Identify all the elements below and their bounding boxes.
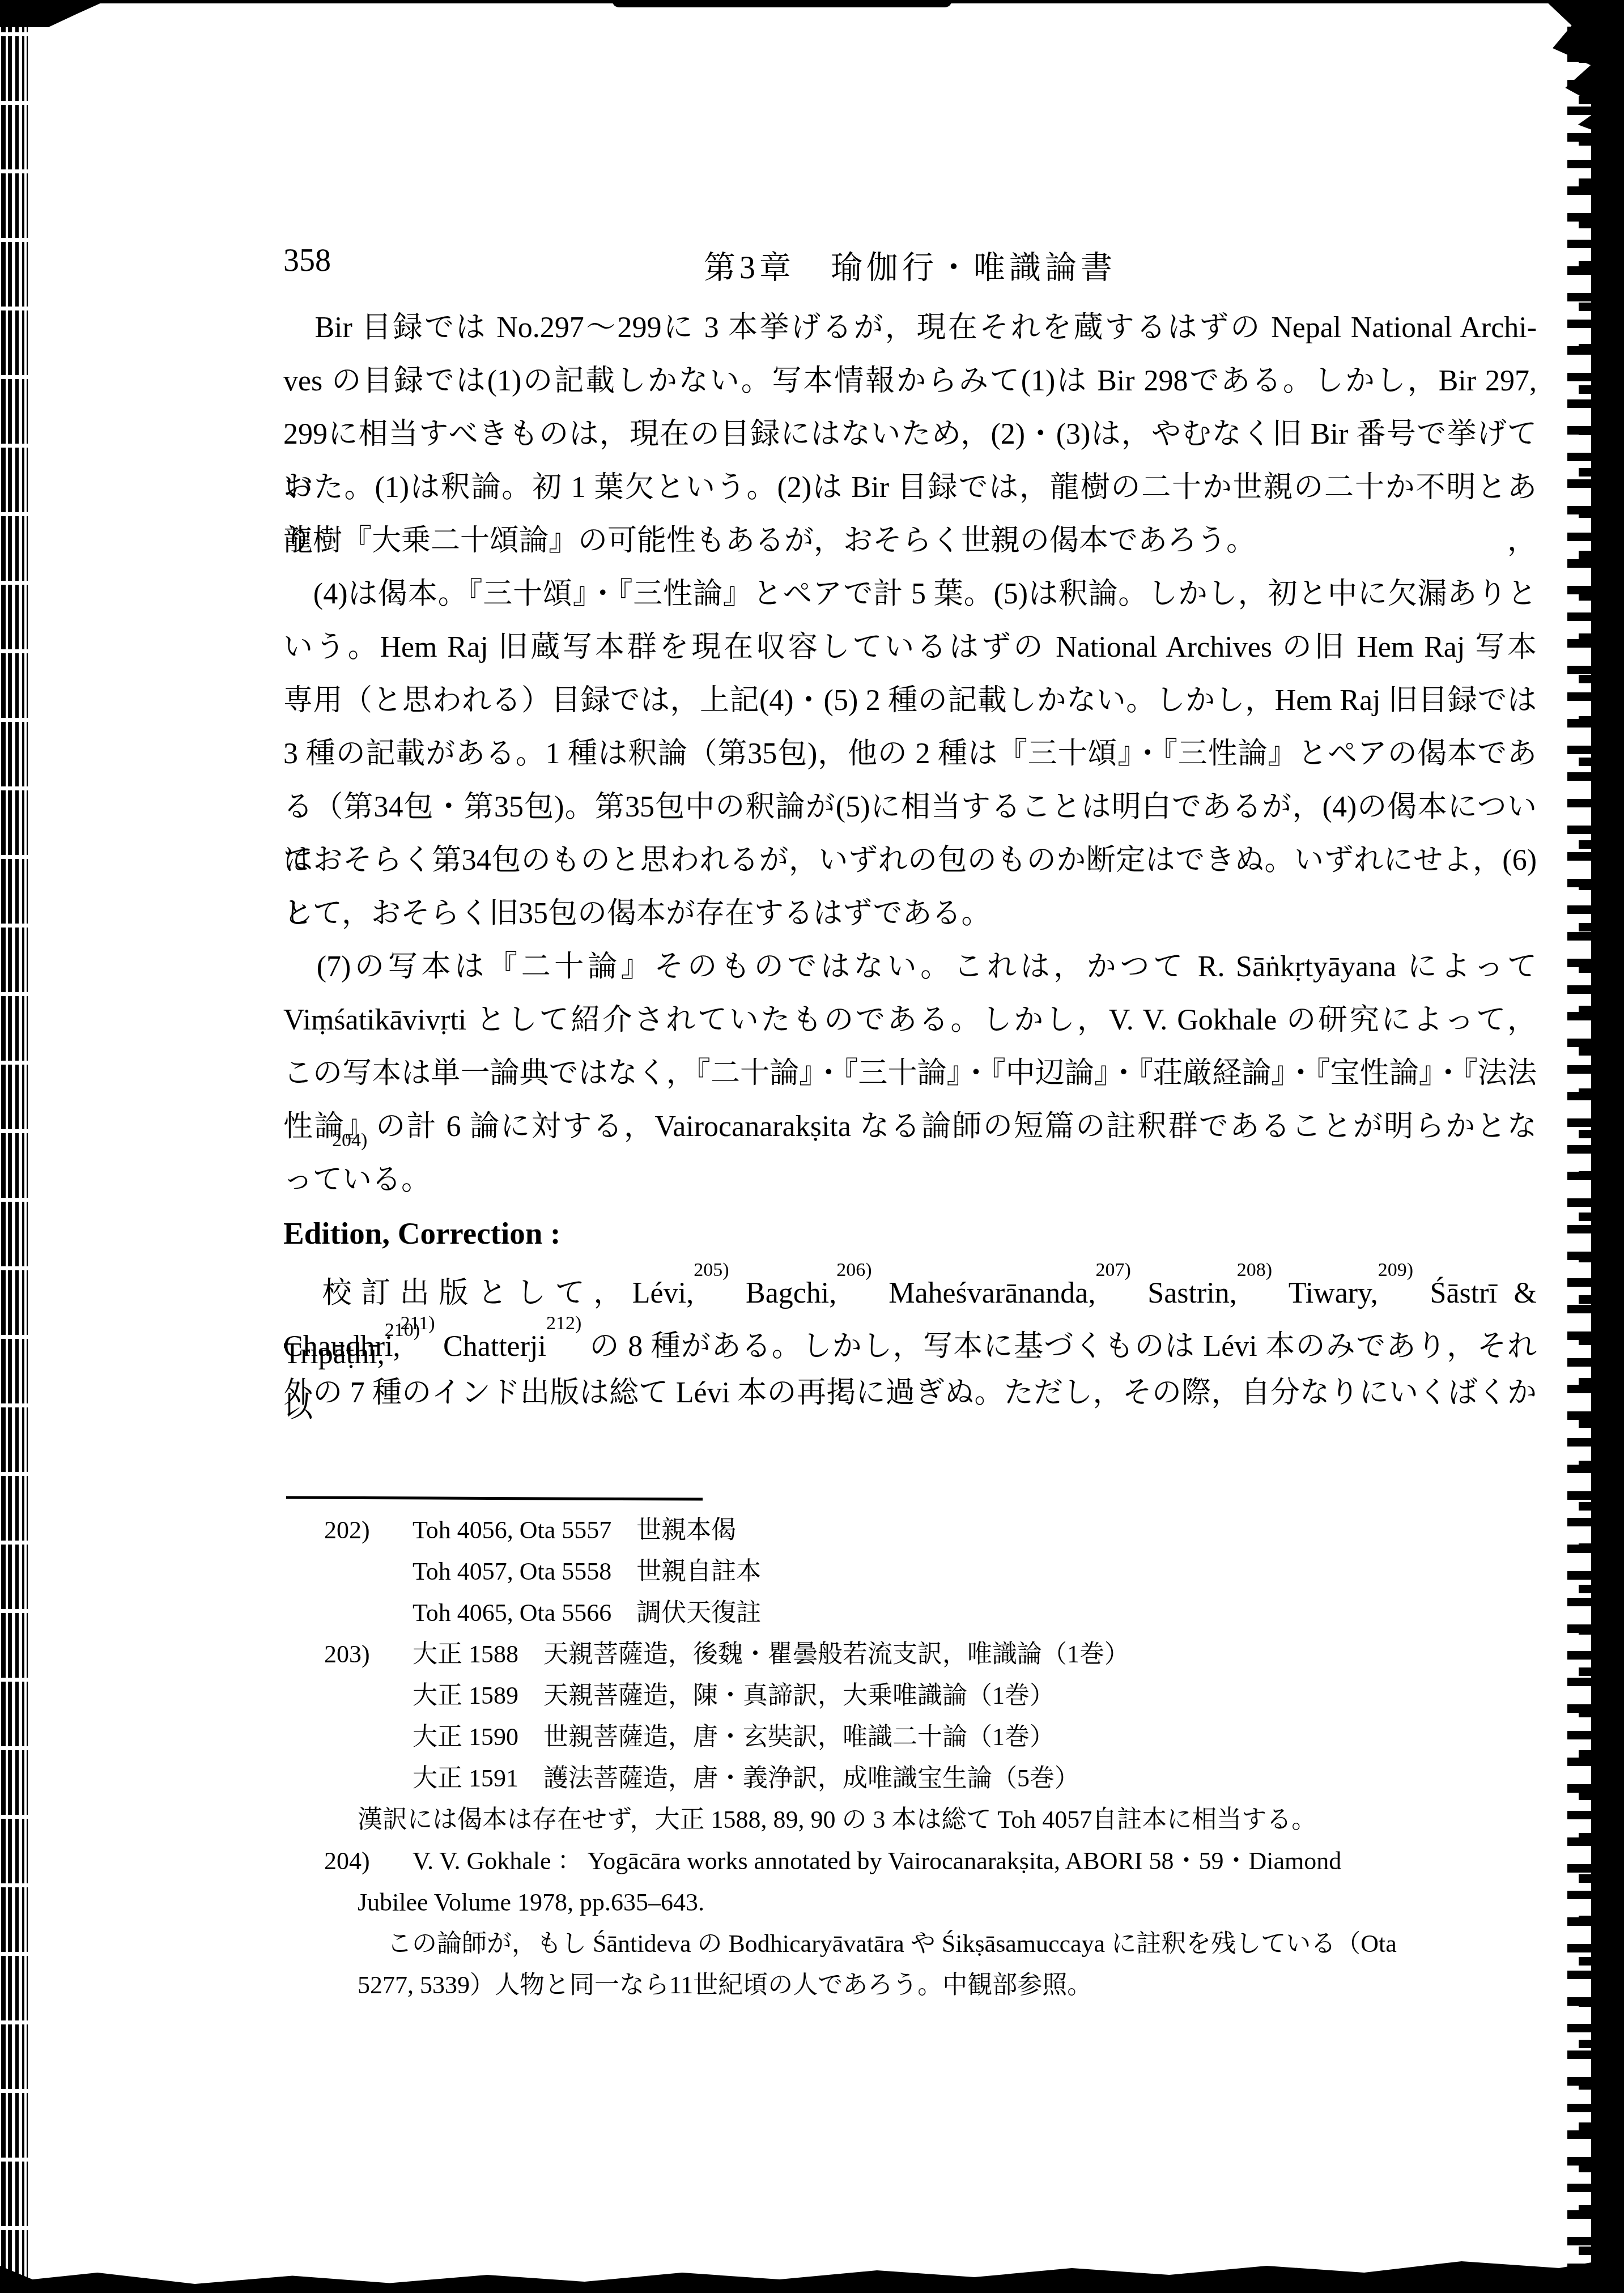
paragraph-2: (4)は偈本。『三十頌』・『三性論』とペアで計 5 葉。(5)は釈論。しかし，初… xyxy=(283,568,1537,941)
text-line: いた。(1)は釈論。初 1 葉欠という。(2)は Bir 目録では，龍樹の二十か… xyxy=(283,461,1537,514)
text-line: 3 種の記載がある。1 種は釈論（第35包)，他の 2 種は『三十頌』・『三性論… xyxy=(283,728,1537,781)
footnote-ref: 212) xyxy=(546,1313,581,1334)
footnote-line: 大正 1590 世親菩薩造，唐・玄奘訳，唯識二十論（1巻） xyxy=(283,1716,1537,1758)
footnote-text: V. V. Gokhale ： Yogācāra works annotated… xyxy=(413,1840,1537,1882)
text-line: はおそらく第34包のものと思われるが，いずれの包のものか断定はできぬ。いずれにせ… xyxy=(283,834,1537,887)
text-line: して，おそらく旧35包の偈本が存在するはずである。 xyxy=(283,887,1537,941)
footnote-line: 大正 1589 天親菩薩造，陳・真諦訳，大乗唯識論（1巻） xyxy=(283,1675,1537,1716)
footnote-line: 204) V. V. Gokhale ： Yogācāra works anno… xyxy=(283,1840,1537,1882)
footnote-number xyxy=(324,1592,413,1633)
text-line: 専用（と思われる）目録では，上記(4)・(5) 2 種の記載しかない。しかし，H… xyxy=(283,674,1537,728)
footnote-ref-204: 204) xyxy=(332,1131,367,1150)
footnote-line: Jubilee Volume 1978, pp.635–643. xyxy=(283,1882,1537,1923)
footnote-ref: 206) xyxy=(836,1260,871,1280)
footnote-number: 202) xyxy=(324,1509,413,1551)
edition-line-2: Chaudhri,211) Chatterji212) の 8 種がある。しかし… xyxy=(283,1313,1537,1367)
segment-text: Bagchi, xyxy=(729,1277,836,1309)
footnote-ref: 211) xyxy=(401,1313,435,1334)
text-segment: 校訂出版として，Lévi,205) xyxy=(283,1277,729,1309)
scan-artifact-right-streaks-2 xyxy=(1579,0,1591,2293)
text-segment: Chatterji212) xyxy=(435,1330,582,1363)
text-line: (7)の写本は『二十論』そのものではない。これは，かつて R. Sāṅkṛtyā… xyxy=(283,941,1537,994)
footnote-text: Toh 4057, Ota 5558 世親自註本 xyxy=(413,1551,1537,1592)
text-segment: Sastrin,208) xyxy=(1131,1277,1272,1309)
paragraph-3-last-line: 204) っている。 xyxy=(283,1154,1537,1207)
footnote-number xyxy=(324,1675,413,1716)
footnote-line: 203) 大正 1588 天親菩薩造，後魏・瞿曇般若流支訳，唯識論（1巻） xyxy=(283,1633,1537,1675)
footnote-separator-rule xyxy=(286,1496,703,1500)
footnote-text: 漢訳には偈本は存在せず，大正 1588, 89, 90 の 3 本は総て Toh… xyxy=(358,1799,1537,1840)
footnote-text: Jubilee Volume 1978, pp.635–643. xyxy=(358,1882,1537,1923)
segment-text: Tiwary, xyxy=(1272,1277,1378,1309)
footnote-number xyxy=(324,1758,413,1799)
footnote-line: Toh 4057, Ota 5558 世親自註本 xyxy=(283,1551,1537,1592)
footnote-line: Toh 4065, Ota 5566 調伏天復註 xyxy=(283,1592,1537,1633)
text-line: ves の目録では(1)の記載しかない。写本情報からみて(1)は Bir 298… xyxy=(283,355,1537,408)
segment-text: Chatterji xyxy=(435,1330,546,1363)
footnote-ref: 205) xyxy=(694,1260,729,1280)
text-line: っている。 xyxy=(283,1164,431,1196)
edition-line-3: 外の 7 種のインド出版は総て Lévi 本の再掲に過ぎぬ。ただし，その際，自分… xyxy=(283,1367,1537,1420)
footnote-text: 大正 1590 世親菩薩造，唐・玄奘訳，唯識二十論（1巻） xyxy=(413,1716,1537,1758)
footnote-text: 大正 1588 天親菩薩造，後魏・瞿曇般若流支訳，唯識論（1巻） xyxy=(413,1633,1537,1675)
scan-artifact-right-band xyxy=(1591,0,1624,2293)
scan-artifact-bottom-edge xyxy=(0,2248,1624,2293)
footnote-line: 大正 1591 護法菩薩造，唐・義浄訳，成唯識宝生論（5巻） xyxy=(283,1758,1537,1799)
footnote-text: 5277, 5339）人物と同一なら11世紀頃の人であろう。中観部参照。 xyxy=(358,1964,1537,2006)
footnote-line: 漢訳には偈本は存在せず，大正 1588, 89, 90 の 3 本は総て Toh… xyxy=(283,1799,1537,1840)
paragraph-3: (7)の写本は『二十論』そのものではない。これは，かつて R. Sāṅkṛtyā… xyxy=(283,941,1537,1154)
text-segment: Maheśvarānanda,207) xyxy=(872,1277,1131,1309)
chapter-title: 第3章 瑜伽行・唯識論書 xyxy=(283,243,1537,288)
text-segment: Tiwary,209) xyxy=(1272,1277,1413,1309)
text-line: る（第34包・第35包)。第35包中の釈論が(5)に相当することは明白であるが，… xyxy=(283,781,1537,834)
text-line: (4)は偈本。『三十頌』・『三性論』とペアで計 5 葉。(5)は釈論。しかし，初… xyxy=(283,568,1537,621)
scan-artifact-top-dip xyxy=(612,0,952,7)
segment-text: Maheśvarānanda, xyxy=(872,1277,1096,1309)
footnote-line: この論師が，もし Śāntideva の Bodhicaryāvatāra や … xyxy=(283,1923,1537,1964)
scanned-book-page: 358 第3章 瑜伽行・唯識論書 Bir 目録では No.297〜299に 3 … xyxy=(0,0,1624,2293)
footnote-ref: 207) xyxy=(1095,1260,1130,1280)
text-line: この写本は単一論典ではなく，『二十論』・『三十論』・『中辺論』・『荘厳経論』・『… xyxy=(283,1047,1537,1100)
footnote-number: 203) xyxy=(324,1633,413,1675)
segment-text: Chaudhri, xyxy=(283,1330,401,1363)
footnote-line: 5277, 5339）人物と同一なら11世紀頃の人であろう。中観部参照。 xyxy=(283,1964,1537,2006)
section-heading: Edition, Correction : xyxy=(283,1207,1537,1260)
main-text: Bir 目録では No.297〜299に 3 本挙げるが，現在それを蔵するはずの… xyxy=(283,301,1537,1420)
segment-text: 校訂出版として，Lévi, xyxy=(283,1277,694,1309)
footnote-text: 大正 1589 天親菩薩造，陳・真諦訳，大乗唯識論（1巻） xyxy=(413,1675,1537,1716)
footnote-text: この論師が，もし Śāntideva の Bodhicaryāvatāra や … xyxy=(387,1923,1537,1964)
scan-artifact-left-band xyxy=(0,0,32,2293)
text-line: いう。Hem Raj 旧蔵写本群を現在収容しているはずの National Ar… xyxy=(283,621,1537,674)
footnote-line: 202) Toh 4056, Ota 5557 世親本偈 xyxy=(283,1509,1537,1551)
paragraph-1: Bir 目録では No.297〜299に 3 本挙げるが，現在それを蔵するはずの… xyxy=(283,301,1537,568)
footnote-number xyxy=(324,1716,413,1758)
footnote-number: 204) xyxy=(324,1840,413,1882)
footnote-text: 大正 1591 護法菩薩造，唐・義浄訳，成唯識宝生論（5巻） xyxy=(413,1758,1537,1799)
footnote-text: Toh 4065, Ota 5566 調伏天復註 xyxy=(413,1592,1537,1633)
segment-text: Sastrin, xyxy=(1131,1277,1237,1309)
footnote-text: Toh 4056, Ota 5557 世親本偈 xyxy=(413,1509,1537,1551)
text-segment: Bagchi,206) xyxy=(729,1277,871,1309)
text-line: Viṃśatikāvivṛti として紹介されていたものである。しかし，V. V… xyxy=(283,994,1537,1047)
edition-line-1: 校訂出版として，Lévi,205) Bagchi,206) Maheśvarān… xyxy=(283,1260,1537,1313)
text-line: 299に相当すべきものは，現在の目録にはないため，(2)・(3)は，やむなく旧 … xyxy=(283,408,1537,461)
footnotes-block: 202) Toh 4056, Ota 5557 世親本偈 Toh 4057, O… xyxy=(283,1509,1537,2006)
footnote-ref: 209) xyxy=(1378,1260,1413,1280)
footnote-ref: 208) xyxy=(1237,1260,1272,1280)
running-head: 358 第3章 瑜伽行・唯識論書 xyxy=(283,243,1537,282)
text-line: Bir 目録では No.297〜299に 3 本挙げるが，現在それを蔵するはずの… xyxy=(283,301,1537,355)
text-line: 性論』の計 6 論に対する，Vairocanarakṣita なる論師の短篇の註… xyxy=(283,1100,1537,1154)
footnote-number xyxy=(324,1551,413,1592)
